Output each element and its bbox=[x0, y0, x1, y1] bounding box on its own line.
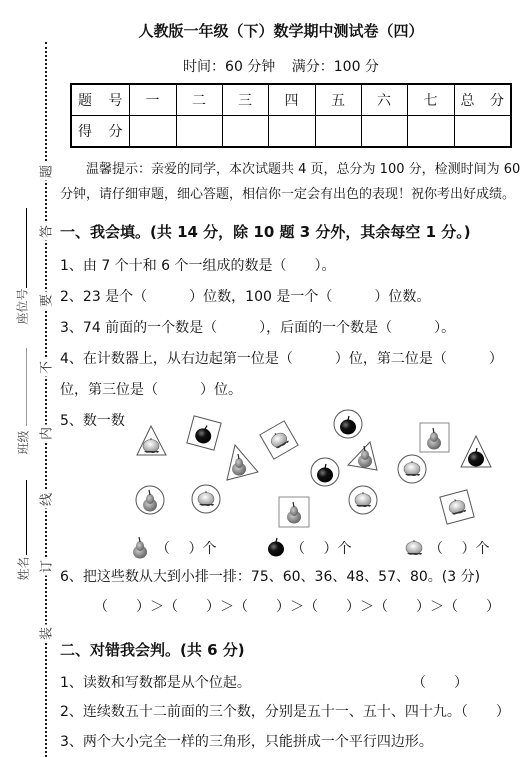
count-onion[interactable]: （ ）个 bbox=[429, 538, 489, 558]
apple-in-circle bbox=[311, 458, 339, 486]
question-2-1: 1、读数和写数都是从个位起。 bbox=[60, 676, 251, 690]
section-2-heading: 二、对错我会判。(共 6 分) bbox=[60, 639, 245, 660]
apple-in-square bbox=[187, 416, 221, 450]
question-2-2: 2、连续数五十二前面的三个数，分别是五十一、五十、四十九。（ ） bbox=[60, 705, 510, 719]
pear-in-circle bbox=[136, 486, 164, 514]
pear-in-triangle bbox=[227, 445, 258, 480]
apple-in-triangle bbox=[461, 436, 491, 467]
apple-icon bbox=[268, 538, 284, 557]
count-apple[interactable]: （ ）个 bbox=[291, 538, 351, 558]
onion-in-circle bbox=[192, 485, 220, 513]
question-1-6-answer[interactable]: （ ）＞（ ）＞（ ）＞（ ）＞（ ）＞（ ） bbox=[94, 600, 500, 614]
onion-icon bbox=[406, 540, 422, 555]
onion-in-square bbox=[260, 421, 298, 459]
onion-in-circle bbox=[398, 455, 426, 483]
pear-in-triangle bbox=[348, 442, 377, 470]
question-2-3: 3、两个大小完全一样的三角形，只能拼成一个平行四边形。 bbox=[60, 735, 433, 749]
question-1-6: 6、把这些数从大到小排一排：75、60、36、48、57、80。(3 分) bbox=[60, 570, 480, 584]
pear-in-square bbox=[420, 423, 449, 452]
onion-in-circle bbox=[349, 486, 377, 514]
count-pear[interactable]: （ ）个 bbox=[156, 538, 216, 558]
pear-in-square bbox=[279, 497, 309, 527]
apple-in-circle bbox=[334, 410, 362, 438]
onion-in-square bbox=[440, 490, 474, 524]
question-2-1-blank[interactable]: （ ） bbox=[412, 676, 468, 690]
pear-icon bbox=[133, 537, 147, 559]
onion-in-triangle bbox=[137, 426, 166, 455]
